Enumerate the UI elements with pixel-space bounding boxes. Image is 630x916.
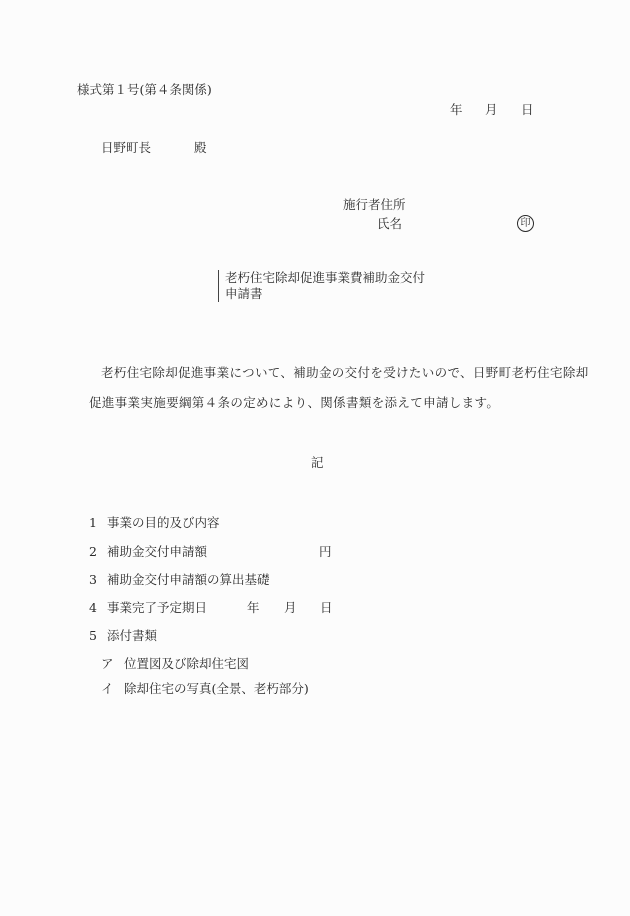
item-year-label: 年 xyxy=(247,602,260,615)
item-label: 添付書類 xyxy=(107,630,157,643)
body-line-2: 促進事業実施要綱第４条の定めにより、関係書類を添えて申請します。 xyxy=(89,397,499,410)
addressee-name: 日野町長 xyxy=(101,142,151,155)
item-day-label: 日 xyxy=(320,602,333,615)
item-number: 2 xyxy=(89,546,97,559)
item-number: 1 xyxy=(89,517,97,530)
attachment-label: 除却住宅の写真(全景、老朽部分) xyxy=(124,683,309,696)
date-year-label: 年 xyxy=(450,104,463,117)
addressee-honorific: 殿 xyxy=(194,142,207,155)
applicant-address-label: 施行者住所 xyxy=(343,199,406,212)
date-day-label: 日 xyxy=(521,104,534,117)
item-label: 補助金交付申請額 xyxy=(107,546,207,559)
seal-icon: 印 xyxy=(517,215,534,232)
item-label: 事業の目的及び内容 xyxy=(107,517,220,530)
item-number: 3 xyxy=(89,574,97,587)
item-yen-suffix: 円 xyxy=(319,546,332,559)
document-title: 老朽住宅除却促進事業費補助金交付 申請書 xyxy=(218,270,425,302)
attachment-mark: イ xyxy=(101,683,114,696)
item-month-label: 月 xyxy=(284,602,297,615)
date-month-label: 月 xyxy=(485,104,498,117)
ki-heading: 記 xyxy=(311,457,324,470)
title-line-1: 老朽住宅除却促進事業費補助金交付 xyxy=(225,270,425,286)
title-line-2: 申請書 xyxy=(225,286,425,302)
applicant-name-label: 氏名 xyxy=(377,218,402,231)
item-label: 補助金交付申請額の算出基礎 xyxy=(107,574,270,587)
body-line-1: 老朽住宅除却促進事業について、補助金の交付を受けたいので、日野町老朽住宅除却 xyxy=(101,367,589,380)
attachment-mark: ア xyxy=(101,658,114,671)
item-label: 事業完了予定期日 xyxy=(107,602,207,615)
item-number: 4 xyxy=(89,602,97,615)
item-number: 5 xyxy=(89,630,97,643)
attachment-label: 位置図及び除却住宅図 xyxy=(124,658,249,671)
form-number: 様式第１号(第４条関係) xyxy=(77,84,212,97)
